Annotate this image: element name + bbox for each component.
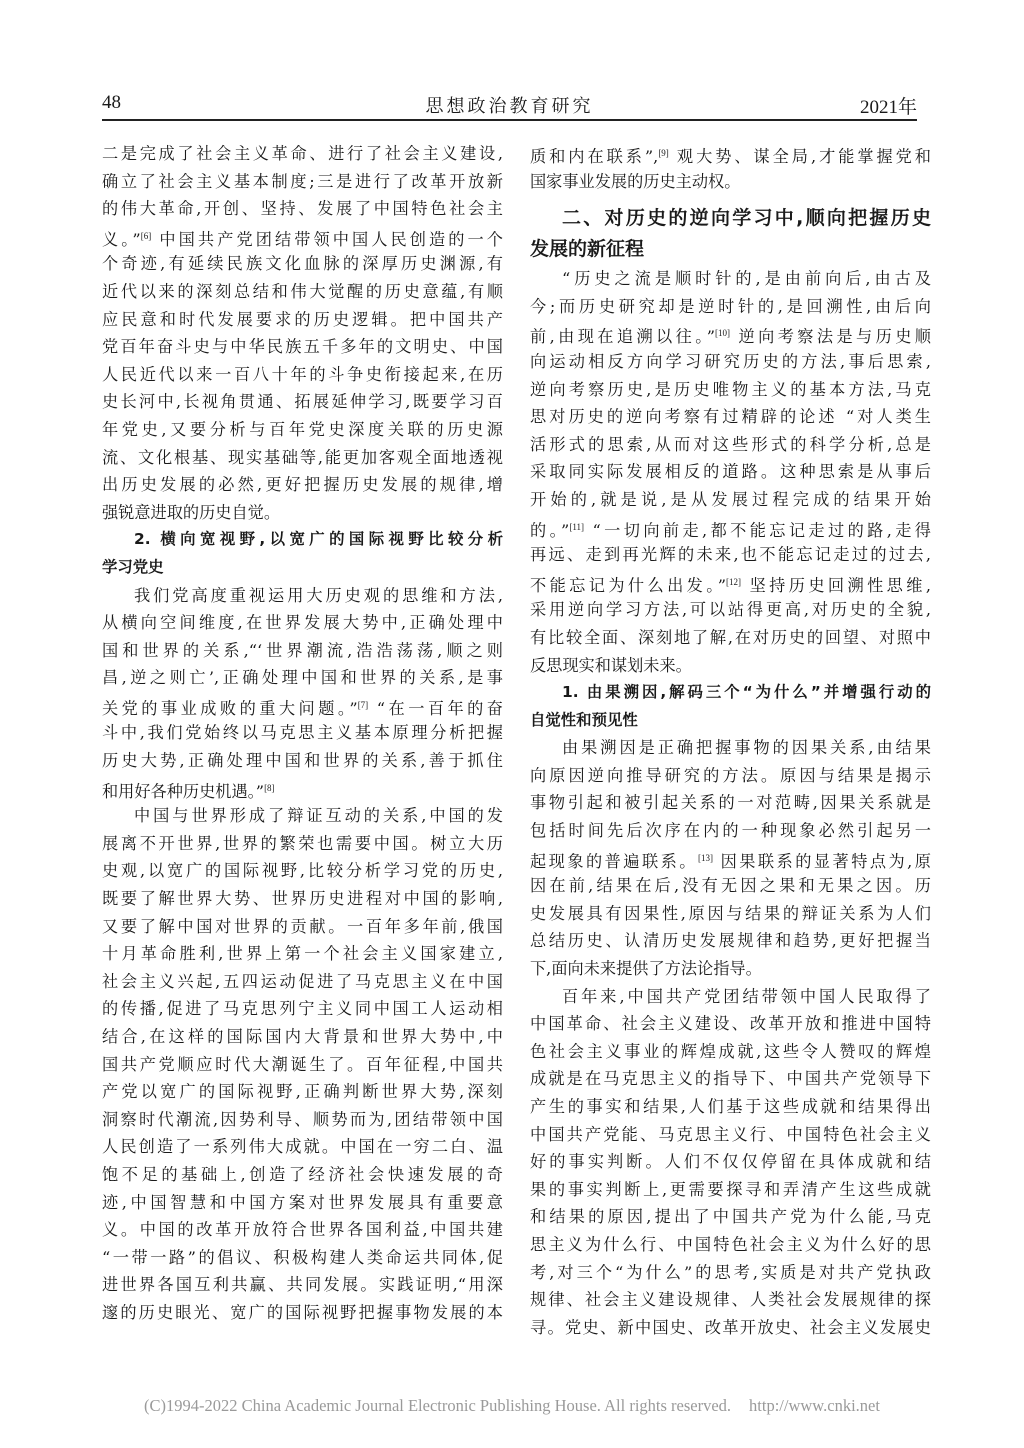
line-text: 义。” [102,230,141,249]
line-text: 色社会主义事业的辉煌成就,这些令人赞叹的辉煌 [530,1042,931,1061]
body-line: 关党的事业成败的重大问题。”[7] “在一百年的奋 [102,692,503,720]
line-text: 我们党高度重视运用大历史观的思维和方法, [134,586,503,605]
body-line: 二是完成了社会主义革命、进行了社会主义建设, [102,140,503,168]
line-text: 因在前,结果在后,没有无因之果和无果之因。历 [530,876,931,895]
body-line: 活形式的思索,从而对这些形式的科学分析,总是 [530,431,931,459]
line-text: 史发展具有因果性,原因与结果的辩证关系为人们 [530,904,931,923]
line-text: 史长河中,长视角贯通、拓展延伸学习,既要学习百 [102,392,503,411]
body-line: 和结果的原因,提出了中国共产党为什么能,马克 [530,1203,931,1231]
body-line: 思对历史的逆向考察有过精辟的论述 “对人类生 [530,403,931,431]
body-line: 开始的,就是说,是从发展过程完成的结果开始 [530,486,931,514]
body-line: 色社会主义事业的辉煌成就,这些令人赞叹的辉煌 [530,1038,931,1066]
body-line: 因在前,结果在后,没有无因之果和无果之因。历 [530,872,931,900]
subsection-heading: 2. 横向宽视野,以宽广的国际视野比较分析 [102,526,503,554]
body-line: 总结历史、认清历史发展规律和趋势,更好把握当 [530,927,931,955]
line-text: 的。” [530,521,569,540]
body-line: 好的事实判断。人们不仅仅停留在具体成就和结 [530,1148,931,1176]
body-line: 中国共产党能、马克思主义行、中国特色社会主义 [530,1121,931,1149]
line-text: 果的事实判断上,更需要探寻和弄清产生这些成就 [530,1180,931,1199]
line-text: 二是完成了社会主义革命、进行了社会主义建设, [102,144,503,163]
body-line: 个奇迹,有延续民族文化血脉的深厚历史渊源,有 [102,250,503,278]
line-text: 和结果的原因,提出了中国共产党为什么能,马克 [530,1207,931,1226]
line-text: 不能忘记为什么出发。” [530,576,726,595]
body-line: 前,由现在追溯以往。”[10] 逆向考察法是与历史顺 [530,320,931,348]
body-line: 思主义为什么行、中国特色社会主义为什么好的思 [530,1231,931,1259]
line-text: 下,面向未来提供了方法论指导。 [530,959,762,978]
body-line: 产生的事实和结果,人们基于这些成就和结果得出 [530,1093,931,1121]
line-text: 思主义为什么行、中国特色社会主义为什么好的思 [530,1235,931,1254]
line-text: 考,对三个“为什么”的思考,实质是对共产党执政 [530,1263,931,1282]
body-line: 采用逆向学习方法,可以站得更高,对历史的全貌, [530,596,931,624]
body-line: 结合,在这样的国际国内大背景和世界大势中,中 [102,1023,503,1051]
section-heading: 二、对历史的逆向学习中,顺向把握历史 [530,203,931,234]
line-text: 活形式的思索,从而对这些形式的科学分析,总是 [530,435,931,454]
paragraph-end-line: 强锐意进取的历史自觉。 [102,499,503,527]
publication-year: 2021年 [860,92,917,119]
body-line: 向运动相反方向学习研究历史的方法,事后思索, [530,348,931,376]
line-text: 中国共产党团结带领中国人民创造的一个 [151,230,503,249]
line-text: 采用逆向学习方法,可以站得更高,对历史的全貌, [530,600,931,619]
body-line: 历史大势,正确处理中国和世界的关系,善于抓住 [102,747,503,775]
line-text: 近代以来的深刻总结和伟大觉醒的历史意蕴,有顺 [102,282,503,301]
line-text: 国共产党顺应时代大潮诞生了。百年征程,中国共 [102,1055,503,1074]
body-line: 今;而历史研究却是逆时针的,是回溯性,由后向 [530,293,931,321]
section-heading: 发展的新征程 [530,234,931,265]
line-text: 产生的事实和结果,人们基于这些成就和结果得出 [530,1097,931,1116]
body-line: 进世界各国互利共赢、共同发展。实践证明,“用深 [102,1271,503,1299]
body-line: 近代以来的深刻总结和伟大觉醒的历史意蕴,有顺 [102,278,503,306]
body-line: 史长河中,长视角贯通、拓展延伸学习,既要学习百 [102,388,503,416]
subsection-heading: 自觉性和预见性 [530,707,931,735]
body-line: 产党以宽广的国际视野,正确判断世界大势,深刻 [102,1078,503,1106]
line-text: 十月革命胜利,世界上第一个社会主义国家建立, [102,944,503,963]
line-text: 自觉性和预见性 [530,711,638,729]
citation-ref[interactable]: [12] [726,577,741,587]
subsection-heading: 学习党史 [102,554,503,582]
body-line: 从横向空间维度,在世界发展大势中,正确处理中 [102,609,503,637]
line-text: 人民近代以来一百八十年的斗争史衔接起来,在历 [102,365,503,384]
body-line: 事物引起和被引起关系的一对范畴,因果关系就是 [530,789,931,817]
body-line: 史发展具有因果性,原因与结果的辩证关系为人们 [530,900,931,928]
line-text: 中国革命、社会主义建设、改革开放和推进中国特 [530,1014,931,1033]
right-column: 质和内在联系”,[9] 观大势、谋全局,才能掌握党和国家事业发展的历史主动权。二… [530,140,931,1341]
body-line: 包括时间先后次序在内的一种现象必然引起另一 [530,817,931,845]
line-text: 学习党史 [102,558,164,576]
body-line: 果的事实判断上,更需要探寻和弄清产生这些成就 [530,1176,931,1204]
line-text: 历史大势,正确处理中国和世界的关系,善于抓住 [102,751,503,770]
line-text: 成就是在马克思主义的指导下、中国共产党领导下 [530,1069,931,1088]
body-line: 既要了解世界大势、世界历史进程对中国的影响, [102,885,503,913]
line-text: 从横向空间维度,在世界发展大势中,正确处理中 [102,613,503,632]
line-text: 百年来,中国共产党团结带领中国人民取得了 [562,987,931,1006]
line-text: 人民创造了一系列伟大成就。中国在一穷二白、温 [102,1137,503,1156]
journal-title: 思想政治教育研究 [102,92,917,118]
running-header: 48 思想政治教育研究 2021年 [102,90,917,118]
line-text: 思对历史的逆向考察有过精辟的论述 “对人类生 [530,407,931,426]
body-line: 义。中国的改革开放符合世界各国利益,中国共建 [102,1216,503,1244]
line-text: 中国与世界形成了辩证互动的关系,中国的发 [134,806,503,825]
body-line: 确立了社会主义基本制度;三是进行了改革开放新 [102,168,503,196]
body-line: 起现象的普遍联系。[13] 因果联系的显著特点为,原 [530,845,931,873]
line-text: 结合,在这样的国际国内大背景和世界大势中,中 [102,1027,503,1046]
line-text: 1. 由果溯因,解码三个“为什么”并增强行动的 [562,683,931,701]
body-line: 史观,以宽广的国际视野,比较分析学习党的历史, [102,857,503,885]
body-line: 洞察时代潮流,因势利导、顺势而为,团结带领中国 [102,1106,503,1134]
body-line: “一带一路”的倡议、积极构建人类命运共同体,促 [102,1244,503,1272]
line-text: 的传播,促进了马克思列宁主义同中国工人运动相 [102,999,503,1018]
body-line: 斗中,我们党始终以马克思主义基本原理分析把握 [102,719,503,747]
citation-ref[interactable]: [9] [658,148,669,158]
copyright-text: (C)1994-2022 China Academic Journal Elec… [144,1396,731,1415]
body-line: 迹,中国智慧和中国方案对世界发展具有重要意 [102,1189,503,1217]
line-text: 坚持历史回溯性思维, [741,576,931,595]
paragraph-end-line: 国家事业发展的历史主动权。 [530,168,931,196]
line-text: 确立了社会主义基本制度;三是进行了改革开放新 [102,172,503,191]
line-text: 二、对历史的逆向学习中,顺向把握历史 [562,207,931,229]
line-text: 国和世界的关系,“‘世界潮流,浩浩荡荡,顺之则 [102,641,503,660]
line-text: 迹,中国智慧和中国方案对世界发展具有重要意 [102,1193,503,1212]
line-text: 由果溯因是正确把握事物的因果关系,由结果 [562,738,931,757]
line-text: “历史之流是顺时针的,是由前向后,由古及 [562,269,931,288]
line-text: 总结历史、认清历史发展规律和趋势,更好把握当 [530,931,931,950]
line-text: 起现象的普遍联系。 [530,852,698,871]
body-line: 出历史发展的必然,更好把握历史发展的规律,增 [102,471,503,499]
body-line: 邃的历史眼光、宽广的国际视野把握事物发展的本 [102,1299,503,1327]
body-line: 质和内在联系”,[9] 观大势、谋全局,才能掌握党和 [530,140,931,168]
citation-ref[interactable]: [7] [358,700,369,710]
body-line: 的传播,促进了马克思列宁主义同中国工人运动相 [102,995,503,1023]
line-text: 关党的事业成败的重大问题。” [102,699,358,718]
body-line: 采取同实际发展相反的道路。这种思索是从事后 [530,458,931,486]
paragraph-end-line: 下,面向未来提供了方法论指导。 [530,955,931,983]
line-text: “一切向前走,都不能忘记走过的路,走得 [584,521,931,540]
paragraph-end-line: 反思现实和谋划未来。 [530,652,931,680]
body-line: 不能忘记为什么出发。”[12] 坚持历史回溯性思维, [530,569,931,597]
line-text: 好的事实判断。人们不仅仅停留在具体成就和结 [530,1152,931,1171]
paragraph-start-line: “历史之流是顺时针的,是由前向后,由古及 [530,265,931,293]
line-text: 因果联系的显著特点为,原 [713,852,931,871]
citation-ref[interactable]: [8] [264,783,275,793]
line-text: 产党以宽广的国际视野,正确判断世界大势,深刻 [102,1082,503,1101]
body-line: 党百年奋斗史与中华民族五千多年的文明史、中国 [102,333,503,361]
line-text: 反思现实和谋划未来。 [530,656,692,675]
line-text: “一带一路”的倡议、积极构建人类命运共同体,促 [102,1248,503,1267]
left-column: 二是完成了社会主义革命、进行了社会主义建设,确立了社会主义基本制度;三是进行了改… [102,140,503,1327]
body-line: 昌,逆之则亡’,正确处理中国和世界的关系,是事 [102,664,503,692]
line-text: 中国共产党能、马克思主义行、中国特色社会主义 [530,1125,931,1144]
line-text: 向运动相反方向学习研究历史的方法,事后思索, [530,352,931,371]
body-line: 成就是在马克思主义的指导下、中国共产党领导下 [530,1065,931,1093]
line-text: 出历史发展的必然,更好把握历史发展的规律,增 [102,475,503,494]
body-line: 再远、走到再光辉的未来,也不能忘记走过的过去, [530,541,931,569]
line-text: 展离不开世界,世界的繁荣也需要中国。树立大历 [102,834,503,853]
line-text: 向原因逆向推导研究的方法。原因与结果是揭示 [530,766,931,785]
line-text: 开始的,就是说,是从发展过程完成的结果开始 [530,490,931,509]
line-text: 斗中,我们党始终以马克思主义基本原理分析把握 [102,723,503,742]
section-spacer [530,195,931,203]
line-text: 义。中国的改革开放符合世界各国利益,中国共建 [102,1220,503,1239]
footer-url-link[interactable]: http://www.cnki.net [749,1396,880,1415]
line-text: 又要了解中国对世界的贡献。一百年多年前,俄国 [102,917,503,936]
body-line: 向原因逆向推导研究的方法。原因与结果是揭示 [530,762,931,790]
line-text: 的伟大革命,开创、坚持、发展了中国特色社会主 [102,199,503,218]
line-text: 再远、走到再光辉的未来,也不能忘记走过的过去, [530,545,931,564]
line-text: 进世界各国互利共赢、共同发展。实践证明,“用深 [102,1275,503,1294]
citation-ref[interactable]: [11] [569,522,584,532]
body-line: 人民创造了一系列伟大成就。中国在一穷二白、温 [102,1133,503,1161]
line-text: 既要了解世界大势、世界历史进程对中国的影响, [102,889,503,908]
body-line: 的伟大革命,开创、坚持、发展了中国特色社会主 [102,195,503,223]
line-text: 邃的历史眼光、宽广的国际视野把握事物发展的本 [102,1303,503,1322]
body-line: 有比较全面、深刻地了解,在对历史的回望、对照中 [530,624,931,652]
body-line: 展离不开世界,世界的繁荣也需要中国。树立大历 [102,830,503,858]
line-text: 应民意和时代发展要求的历史逻辑。把中国共产 [102,310,503,329]
line-text: 年党史,又要分析与百年党史深度关联的历史源 [102,420,503,439]
body-line: 义。”[6] 中国共产党团结带领中国人民创造的一个 [102,223,503,251]
line-text: 饱不足的基础上,创造了经济社会快速发展的奇 [102,1165,503,1184]
body-line: 的。”[11] “一切向前走,都不能忘记走过的路,走得 [530,514,931,542]
citation-ref[interactable]: [10] [715,328,730,338]
paragraph-end-line: 和用好各种历史机遇。”[8] [102,775,503,803]
line-text: 包括时间先后次序在内的一种现象必然引起另一 [530,821,931,840]
citation-ref[interactable]: [13] [698,853,713,863]
line-text: 发展的新征程 [530,238,644,260]
line-text: 观大势、谋全局,才能掌握党和 [669,147,931,166]
body-line: 社会主义兴起,五四运动促进了马克思主义在中国 [102,968,503,996]
body-line: 国共产党顺应时代大潮诞生了。百年征程,中国共 [102,1051,503,1079]
line-text: 寻。党史、新中国史、改革开放史、社会主义发展史 [530,1318,931,1337]
line-text: 流、文化根基、现实基础等,能更加客观全面地透视 [102,448,503,467]
paragraph-start-line: 百年来,中国共产党团结带领中国人民取得了 [530,983,931,1011]
line-text: 社会主义兴起,五四运动促进了马克思主义在中国 [102,972,503,991]
line-text: 个奇迹,有延续民族文化血脉的深厚历史渊源,有 [102,254,503,273]
body-line: 饱不足的基础上,创造了经济社会快速发展的奇 [102,1161,503,1189]
line-text: 党百年奋斗史与中华民族五千多年的文明史、中国 [102,337,503,356]
header-rule [102,119,917,121]
line-text: 逆向考察历史,是历史唯物主义的基本方法,马克 [530,380,931,399]
body-line: 十月革命胜利,世界上第一个社会主义国家建立, [102,940,503,968]
body-line: 考,对三个“为什么”的思考,实质是对共产党执政 [530,1259,931,1287]
paragraph-start-line: 中国与世界形成了辩证互动的关系,中国的发 [102,802,503,830]
line-text: 2. 横向宽视野,以宽广的国际视野比较分析 [134,530,503,548]
line-text: 质和内在联系”, [530,147,658,166]
body-line: 规律、社会主义建设规律、人类社会发展规律的探 [530,1286,931,1314]
copyright-footer: (C)1994-2022 China Academic Journal Elec… [0,1396,1024,1416]
line-text: 规律、社会主义建设规律、人类社会发展规律的探 [530,1290,931,1309]
paragraph-start-line: 由果溯因是正确把握事物的因果关系,由结果 [530,734,931,762]
line-text: 史观,以宽广的国际视野,比较分析学习党的历史, [102,861,503,880]
line-text: “在一百年的奋 [368,699,503,718]
line-text: 采取同实际发展相反的道路。这种思索是从事后 [530,462,931,481]
body-line: 中国革命、社会主义建设、改革开放和推进中国特 [530,1010,931,1038]
paragraph-start-line: 我们党高度重视运用大历史观的思维和方法, [102,582,503,610]
line-text: 前,由现在追溯以往。” [530,327,715,346]
line-text: 国家事业发展的历史主动权。 [530,172,740,191]
body-line: 年党史,又要分析与百年党史深度关联的历史源 [102,416,503,444]
line-text: 事物引起和被引起关系的一对范畴,因果关系就是 [530,793,931,812]
body-line: 人民近代以来一百八十年的斗争史衔接起来,在历 [102,361,503,389]
body-line: 国和世界的关系,“‘世界潮流,浩浩荡荡,顺之则 [102,637,503,665]
line-text: 昌,逆之则亡’,正确处理中国和世界的关系,是事 [102,668,503,687]
citation-ref[interactable]: [6] [141,231,152,241]
line-text: 洞察时代潮流,因势利导、顺势而为,团结带领中国 [102,1110,503,1129]
body-line: 流、文化根基、现实基础等,能更加客观全面地透视 [102,444,503,472]
line-text: 有比较全面、深刻地了解,在对历史的回望、对照中 [530,628,931,647]
line-text: 强锐意进取的历史自觉。 [102,503,280,522]
body-line: 寻。党史、新中国史、改革开放史、社会主义发展史 [530,1314,931,1342]
body-line: 逆向考察历史,是历史唯物主义的基本方法,马克 [530,376,931,404]
line-text: 今;而历史研究却是逆时针的,是回溯性,由后向 [530,297,931,316]
subsection-heading: 1. 由果溯因,解码三个“为什么”并增强行动的 [530,679,931,707]
body-line: 应民意和时代发展要求的历史逻辑。把中国共产 [102,306,503,334]
line-text: 和用好各种历史机遇。” [102,782,264,801]
line-text: 逆向考察法是与历史顺 [730,327,931,346]
body-line: 又要了解中国对世界的贡献。一百年多年前,俄国 [102,913,503,941]
